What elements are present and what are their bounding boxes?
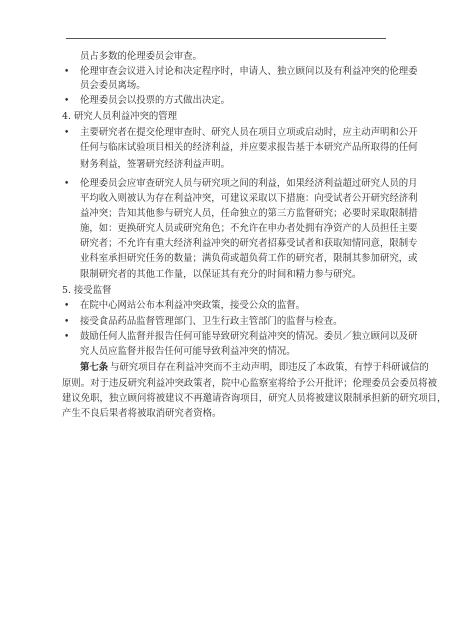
article-7-line-1: 与研究项目存在利益冲突而不主动声明，即违反了本政策，有悖于科研诚信的 [110,362,384,374]
review-bullet-2-line-1: 伦理委员会以投票的方式做出决定。 [80,95,230,107]
s5-bullet-3-line-1: 鼓励任何人监督并报告任何可能导致研究利益冲突的情况。委员／独立顾问以及研 [80,331,384,343]
bullet-icon: • [64,95,69,107]
s5-bullet-3-line-2: 究人员应监督并报告任何可能导致利益冲突的情况。 [80,346,296,358]
section-4-heading: 4. 研究人员利益冲突的管理 [62,111,177,123]
bullet-icon: • [64,127,69,139]
s4-bullet-1-line-3: 财务利益，签署研究经济利益声明。 [80,159,230,171]
header-rule [66,38,386,39]
continuation-text: 员占多数的伦理委员会审查。 [80,51,202,63]
s4-bullet-2-line-6: 业科室承担研究任务的数量；满负荷或超负荷工作的研究者，限制其参加研究，或 [80,253,384,265]
s4-bullet-2-line-4: 施，如：更换研究人员或研究角色；不允许在申办者处拥有净资产的人员担任主要 [80,223,384,235]
s4-bullet-2-line-2: 平均收入则被认为存在利益冲突，可建议采取以下措施：向受试者公开研究经济利 [80,193,384,205]
bullet-icon: • [64,66,69,78]
article-7-line-2: 原则。对于违反研究利益冲突政策者，院中心监察室将给予公开批评；伦理委员会委员将被 [62,378,384,390]
bullet-icon: • [64,300,69,312]
article-7-line-3: 建议免职，独立顾问将被建议不再邀请咨询项目，研究人员将被建议限制承担新的研究项目… [62,393,384,405]
bullet-icon: • [64,316,69,328]
review-bullet-1-line-1: 伦理审查会议进入讨论和决定程序时，申请人、独立顾问以及有利益冲突的伦理委 [80,66,384,78]
s4-bullet-2-line-1: 伦理委员会应审查研究人员与研究项之间的利益，如果经济利益超过研究人员的月 [80,178,384,190]
s4-bullet-2-line-7: 限制研究者的其他工作量，以保证其有充分的时间和精力参与研究。 [80,269,361,281]
s4-bullet-1-line-2: 任何与临床试验项目相关的经济利益，并应要求报告基于本研究产品所取得的任何 [80,142,384,154]
bullet-icon: • [64,178,69,190]
s4-bullet-2-line-3: 益冲突；告知其他参与研究人员，任命独立的第三方监督研究；必要时采取限制措 [80,208,384,220]
s4-bullet-1-line-1: 主要研究者在提交伦理审查时、研究人员在项目立项或启动时，应主动声明和公开 [80,127,384,139]
article-7-line-4: 产生不良后果者将被取消研究者资格。 [62,408,221,420]
section-5-heading: 5. 接受监督 [62,285,111,297]
review-bullet-1-line-2: 员会委员离场。 [80,80,146,92]
s4-bullet-2-line-5: 研究者；不允许有重大经济利益冲突的研究者招募受试者和获取知情同意，限制专 [80,238,384,250]
article-7-label: 第七条 [80,362,108,374]
bullet-icon: • [64,331,69,343]
s5-bullet-1-line-1: 在院中心网站公布本利益冲突政策，接受公众的监督。 [80,300,305,312]
s5-bullet-2-line-1: 接受食品药品监督管理部门、卫生行政主管部门的监督与检查。 [80,316,343,328]
